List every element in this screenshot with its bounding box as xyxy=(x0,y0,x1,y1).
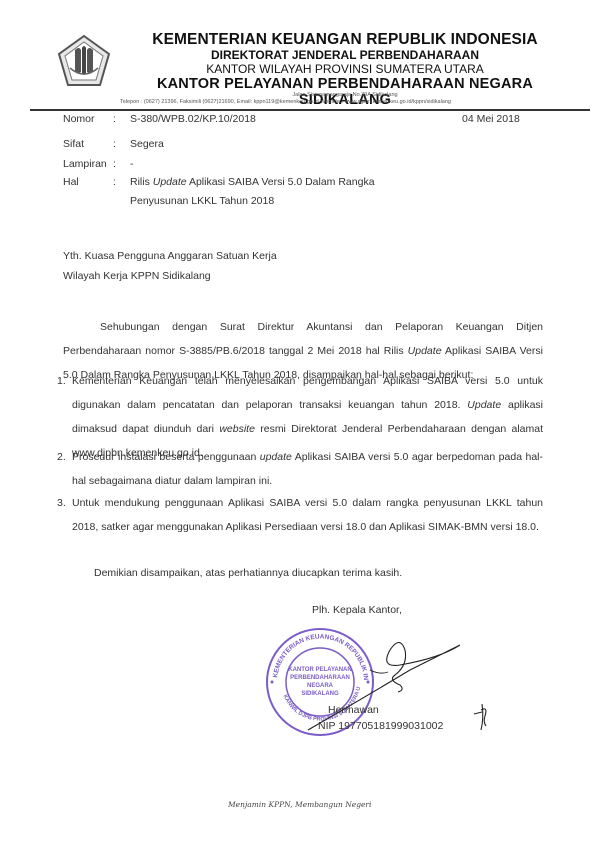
directorate-name: DIREKTORAT JENDERAL PERBENDAHARAAN xyxy=(110,48,580,62)
kemenkeu-logo-icon xyxy=(57,34,111,88)
letter-date: 04 Mei 2018 xyxy=(462,113,520,125)
meta-colon: : xyxy=(113,158,116,170)
letter-subject-line2: Penyusunan LKKL Tahun 2018 xyxy=(130,195,274,207)
footer-motto: Menjamin KPPN, Membangun Negeri xyxy=(228,800,371,809)
letter-attachment: - xyxy=(130,158,134,170)
list-item-3: 3. Untuk mendukung penggunaan Aplikasi S… xyxy=(57,491,543,539)
signatory-nip: NIP 197705181999031002 xyxy=(318,720,443,732)
meta-colon: : xyxy=(113,113,116,125)
letter-subject: Rilis Update Aplikasi SAIBA Versi 5.0 Da… xyxy=(130,176,375,188)
meta-colon: : xyxy=(113,176,116,188)
letterhead-divider xyxy=(30,109,590,111)
office-address: Jalan Sisingamangaraja No.39A Sidikalang xyxy=(110,92,580,98)
list-item-2: 2. Prosedur instalasi beserta penggunaan… xyxy=(57,445,543,493)
ministry-name: KEMENTERIAN KEUANGAN REPUBLIK INDONESIA xyxy=(110,31,580,49)
letter-number: S-380/WPB.02/KP.10/2018 xyxy=(130,113,256,125)
recipient-line2: Wilayah Kerja KPPN Sidikalang xyxy=(63,264,211,288)
meta-colon: : xyxy=(113,138,116,150)
meta-label: Sifat xyxy=(63,138,84,150)
list-number: 1. xyxy=(57,369,66,393)
meta-label: Hal xyxy=(63,176,79,188)
closing-paragraph: Demikian disampaikan, atas perhatiannya … xyxy=(94,561,402,585)
office-contact: Telepon : (0627) 21396, Faksimili (0627)… xyxy=(120,99,570,105)
regional-office-name: KANTOR WILAYAH PROVINSI SUMATERA UTARA xyxy=(110,62,580,76)
list-number: 3. xyxy=(57,491,66,515)
list-number: 2. xyxy=(57,445,66,469)
meta-label: Nomor xyxy=(63,113,95,125)
signatory-name: Hermawan xyxy=(328,704,379,716)
signatory-title: Plh. Kepala Kantor, xyxy=(312,604,402,616)
initial-paraf-icon xyxy=(470,700,492,741)
letter-nature: Segera xyxy=(130,138,164,150)
meta-label: Lampiran xyxy=(63,158,107,170)
